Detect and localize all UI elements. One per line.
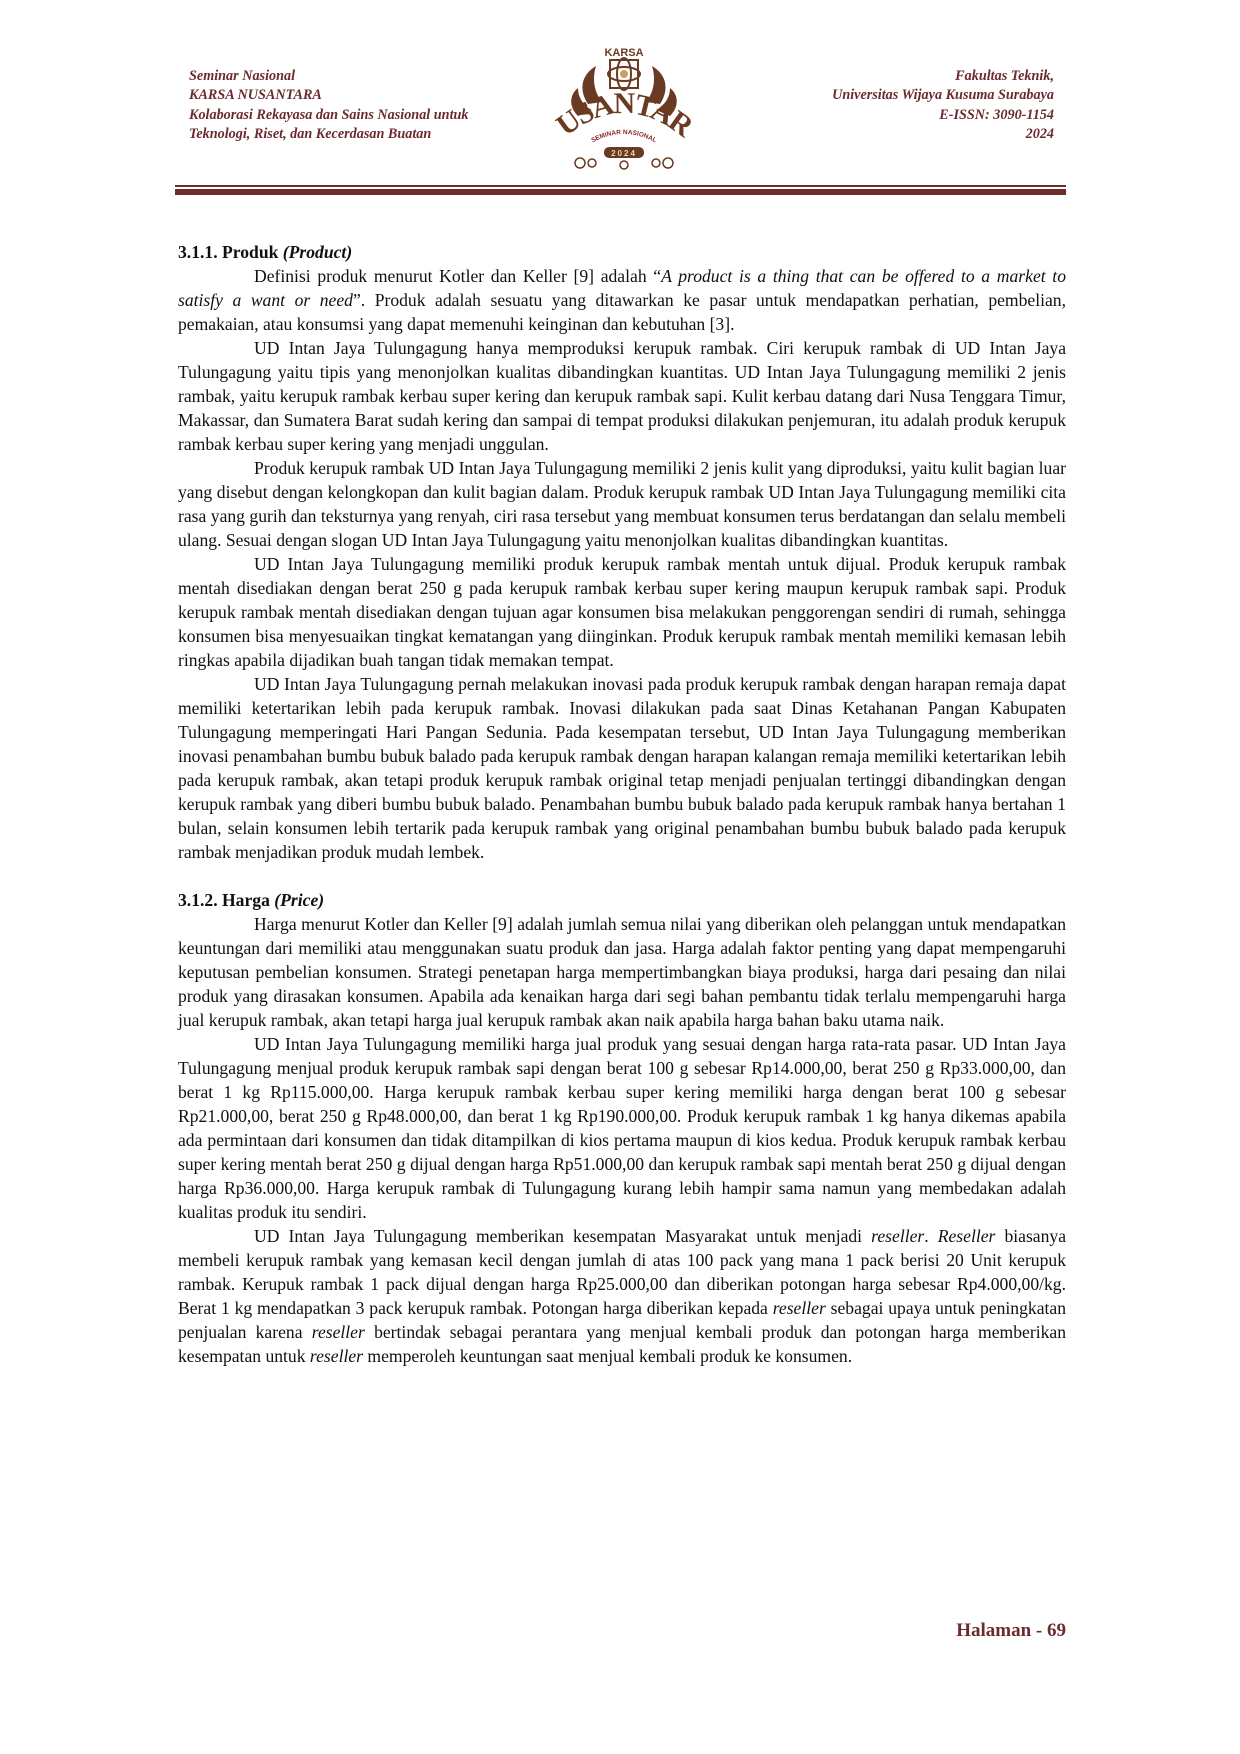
logo-year: 2024 xyxy=(611,149,637,158)
body-paragraph: UD Intan Jaya Tulungagung memiliki produ… xyxy=(178,552,1066,672)
header-institution-info: Fakultas Teknik, Universitas Wijaya Kusu… xyxy=(832,67,1054,144)
body-paragraph: Harga menurut Kotler dan Keller [9] adal… xyxy=(178,912,1066,1032)
page-number: Halaman - 69 xyxy=(956,1620,1066,1642)
header-left-line: Teknologi, Riset, dan Kecerdasan Buatan xyxy=(189,125,469,144)
body-paragraph: Produk kerupuk rambak UD Intan Jaya Tulu… xyxy=(178,456,1066,552)
italic-run: reseller xyxy=(310,1346,363,1366)
document-page: Seminar Nasional KARSA NUSANTARA Kolabor… xyxy=(0,0,1240,1754)
header-conference-info: Seminar Nasional KARSA NUSANTARA Kolabor… xyxy=(189,67,469,144)
text-run: Harga menurut Kotler dan Keller [9] adal… xyxy=(178,914,1066,1030)
header-rule-thick xyxy=(175,189,1066,195)
karsa-nusantara-logo: KARSA NUSANTARA SEMINAR NASIONAL xyxy=(548,44,700,172)
section-title: Harga xyxy=(222,890,270,910)
header-rule-thin xyxy=(175,185,1066,187)
section-spacer xyxy=(178,864,1066,888)
logo-sub-text: SEMINAR NASIONAL xyxy=(590,129,657,144)
header-left-line: Kolaborasi Rekayasa dan Sains Nasional u… xyxy=(189,106,469,125)
header-left-line: Seminar Nasional xyxy=(189,67,469,86)
italic-run: reseller xyxy=(871,1226,924,1246)
text-run: UD Intan Jaya Tulungagung hanya memprodu… xyxy=(178,338,1066,454)
italic-run: reseller xyxy=(312,1322,365,1342)
text-run: . xyxy=(924,1226,937,1246)
italic-run: Reseller xyxy=(938,1226,996,1246)
section-title-english: (Product) xyxy=(283,242,352,262)
text-run: UD Intan Jaya Tulungagung memiliki harga… xyxy=(178,1034,1066,1222)
text-run: UD Intan Jaya Tulungagung pernah melakuk… xyxy=(178,674,1066,862)
section-heading: 3.1.1. Produk (Product) xyxy=(178,240,1066,264)
text-run: Produk kerupuk rambak UD Intan Jaya Tulu… xyxy=(178,458,1066,550)
section-number: 3.1.2. xyxy=(178,890,218,910)
header-right-line: Universitas Wijaya Kusuma Surabaya xyxy=(832,86,1054,105)
body-paragraph: UD Intan Jaya Tulungagung hanya memprodu… xyxy=(178,336,1066,456)
header-right-line: Fakultas Teknik, xyxy=(832,67,1054,86)
section-heading: 3.1.2. Harga (Price) xyxy=(178,888,1066,912)
body-paragraph: Definisi produk menurut Kotler dan Kelle… xyxy=(178,264,1066,336)
body-paragraph: UD Intan Jaya Tulungagung memiliki harga… xyxy=(178,1032,1066,1224)
section-title: Produk xyxy=(222,242,278,262)
body-paragraph: UD Intan Jaya Tulungagung memberikan kes… xyxy=(178,1224,1066,1368)
svg-text:SEMINAR NASIONAL: SEMINAR NASIONAL xyxy=(590,129,657,144)
body-paragraph: UD Intan Jaya Tulungagung pernah melakuk… xyxy=(178,672,1066,864)
header-right-line: E-ISSN: 3090-1154 xyxy=(832,106,1054,125)
text-run: UD Intan Jaya Tulungagung memiliki produ… xyxy=(178,554,1066,670)
header-right-line: 2024 xyxy=(832,125,1054,144)
italic-run: reseller xyxy=(773,1298,826,1318)
text-run: Definisi produk menurut Kotler dan Kelle… xyxy=(254,266,661,286)
text-run: UD Intan Jaya Tulungagung memberikan kes… xyxy=(254,1226,871,1246)
text-run: memperoleh keuntungan saat menjual kemba… xyxy=(363,1346,852,1366)
section-number: 3.1.1. xyxy=(178,242,218,262)
section-title-english: (Price) xyxy=(274,890,324,910)
body-content: 3.1.1. Produk (Product)Definisi produk m… xyxy=(178,240,1066,1368)
header-left-line: KARSA NUSANTARA xyxy=(189,86,469,105)
